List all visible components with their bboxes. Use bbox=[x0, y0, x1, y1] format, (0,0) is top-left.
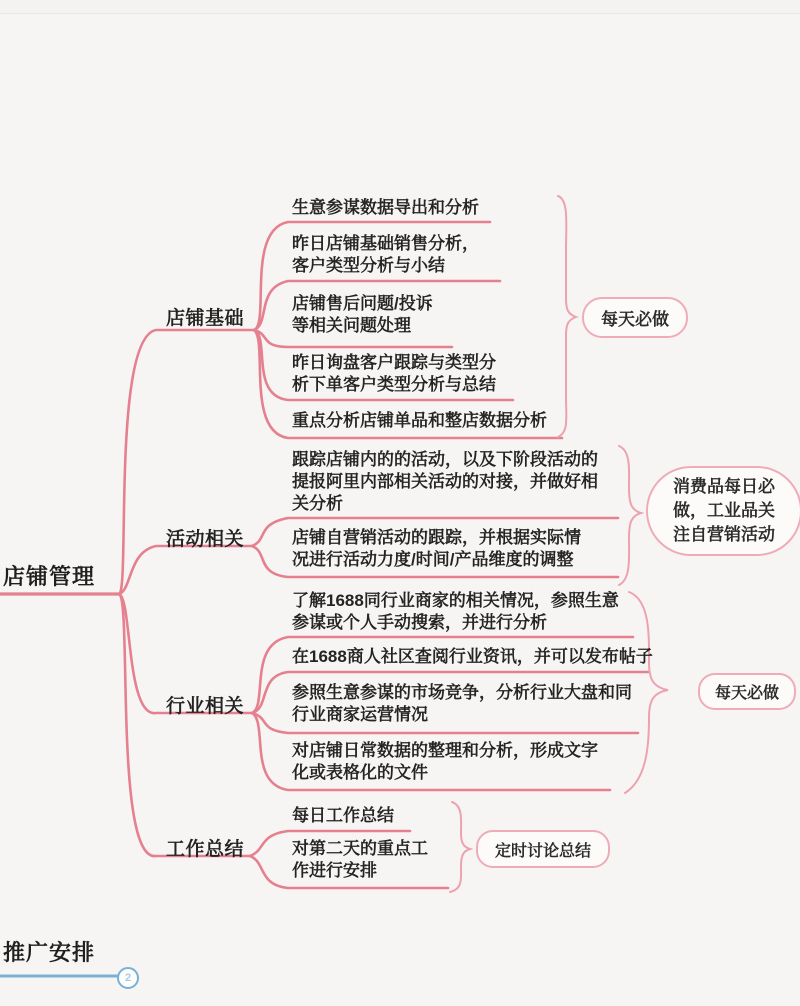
leaf-node[interactable]: 生意参谋数据导出和分析 bbox=[292, 197, 592, 219]
connector-line bbox=[119, 594, 250, 856]
leaf-node[interactable]: 店铺售后问题/投诉 等相关问题处理 bbox=[292, 293, 592, 337]
leaf-node[interactable]: 参照生意参谋的市场竞争，分析行业大盘和同 行业商家运营情况 bbox=[292, 682, 652, 726]
leaf-node[interactable]: 昨日询盘客户跟踪与类型分 析下单客户类型分析与总结 bbox=[292, 352, 592, 396]
leaf-node[interactable]: 重点分析店铺单品和整店数据分析 bbox=[292, 410, 612, 432]
leaf-node[interactable]: 了解1688同行业商家的相关情况，参照生意 参谋或个人手动搜索，并进行分析 bbox=[292, 590, 652, 634]
root-node-store-management[interactable]: 店铺管理 bbox=[3, 560, 95, 591]
badge-scheduled-discussion[interactable]: 定时讨论总结 bbox=[476, 830, 610, 868]
branch-node-industry[interactable]: 行业相关 bbox=[166, 691, 244, 718]
leaf-node[interactable]: 对店铺日常数据的整理和分析，形成文字 化或表格化的文件 bbox=[292, 740, 632, 784]
connector-line bbox=[119, 546, 252, 594]
leaf-node[interactable]: 在1688商人社区查阅行业资讯，并可以发布帖子 bbox=[292, 646, 662, 668]
badge-daily-must-do-1[interactable]: 每天必做 bbox=[582, 297, 688, 338]
leaf-node[interactable]: 店铺自营销活动的跟踪，并根据实际情 况进行活动力度/时间/产品维度的调整 bbox=[292, 527, 632, 571]
branch-node-activity[interactable]: 活动相关 bbox=[166, 524, 244, 551]
collapsed-node-indicator-icon[interactable]: 2 bbox=[117, 967, 139, 989]
leaf-node[interactable]: 昨日店铺基础销售分析， 客户类型分析与小结 bbox=[292, 233, 592, 277]
leaf-node[interactable]: 每日工作总结 bbox=[292, 805, 512, 827]
badge-consumer-daily-note[interactable]: 消费品每日必 做，工业品关 注自营销活动 bbox=[646, 466, 800, 556]
leaf-node[interactable]: 跟踪店铺内的的活动，以及下阶段活动的 提报阿里内部相关活动的对接，并做好相 关分… bbox=[292, 449, 632, 515]
branch-node-work-summary[interactable]: 工作总结 bbox=[166, 834, 244, 861]
badge-daily-must-do-2[interactable]: 每天必做 bbox=[698, 673, 796, 710]
branch-node-store-basics[interactable]: 店铺基础 bbox=[166, 303, 244, 330]
connector-line bbox=[119, 330, 254, 594]
root-node-promotion-plan[interactable]: 推广安排 bbox=[3, 936, 95, 967]
